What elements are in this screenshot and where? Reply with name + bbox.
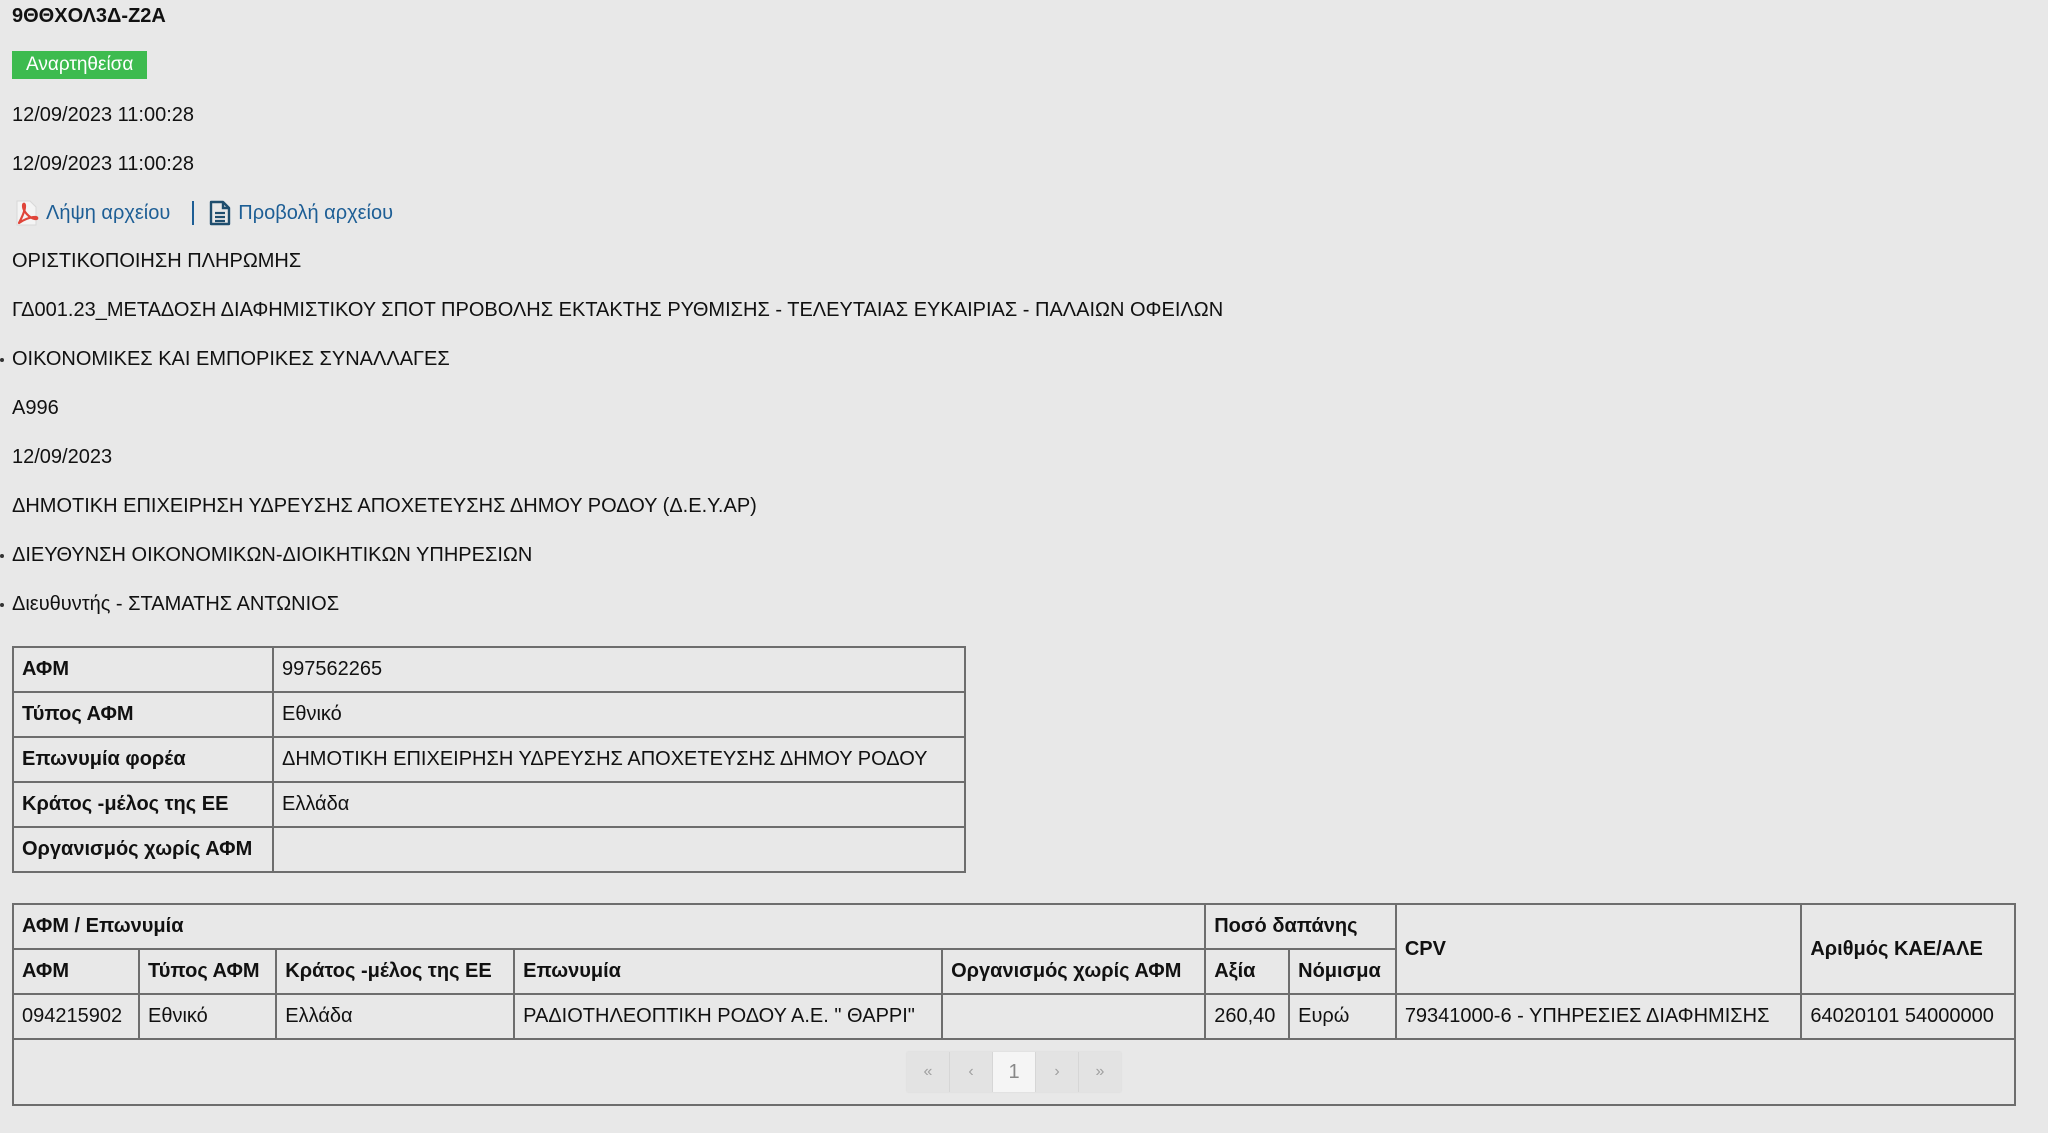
ada-code: 9ΘΘΧΟΛ3Δ-Ζ2Α bbox=[12, 4, 166, 28]
cell-no-afm-org bbox=[942, 994, 1205, 1039]
cell-value: 260,40 bbox=[1205, 994, 1289, 1039]
issuer-no-afm-org-value bbox=[273, 827, 965, 872]
pagination-cell: « ‹ 1 › » bbox=[13, 1039, 2015, 1105]
header-no-afm-org: Οργανισμός χωρίς ΑΦΜ bbox=[942, 949, 1205, 994]
issuer-table: ΑΦΜ 997562265 Τύπος ΑΦΜ Εθνικό Επωνυμία … bbox=[12, 646, 966, 873]
cell-afm-type: Εθνικό bbox=[139, 994, 276, 1039]
table-row: ΑΦΜ 997562265 bbox=[13, 647, 965, 692]
issuer-afm-label: ΑΦΜ bbox=[13, 647, 273, 692]
issuer-country-value: Ελλάδα bbox=[273, 782, 965, 827]
file-links: Λήψη αρχείου Προβολή αρχείου bbox=[12, 199, 393, 227]
header-currency: Νόμισμα bbox=[1289, 949, 1396, 994]
beneficiary-table: ΑΦΜ / Επωνυμία Ποσό δαπάνης CPV Αριθμός … bbox=[12, 903, 2016, 1106]
cell-currency: Ευρώ bbox=[1289, 994, 1396, 1039]
submission-timestamp: 12/09/2023 11:00:28 bbox=[12, 103, 194, 127]
issuer-afm-type-label: Τύπος ΑΦΜ bbox=[13, 692, 273, 737]
header-name: Επωνυμία bbox=[514, 949, 942, 994]
organization: ΔΗΜΟΤΙΚΗ ΕΠΙΧΕΙΡΗΣΗ ΥΔΡΕΥΣΗΣ ΑΠΟΧΕΤΕΥΣΗΣ… bbox=[12, 494, 757, 518]
issue-date: 12/09/2023 bbox=[12, 445, 112, 469]
organizational-unit: ΔΙΕΥΘΥΝΣΗ ΟΙΚΟΝΟΜΙΚΩΝ-ΔΙΟΙΚΗΤΙΚΩΝ ΥΠΗΡΕΣ… bbox=[12, 543, 532, 567]
current-page-button[interactable]: 1 bbox=[993, 1052, 1036, 1092]
table-row: Επωνυμία φορέα ΔΗΜΟΤΙΚΗ ΕΠΙΧΕΙΡΗΣΗ ΥΔΡΕΥ… bbox=[13, 737, 965, 782]
last-modified-timestamp: 12/09/2023 11:00:28 bbox=[12, 152, 194, 176]
header-afm-type: Τύπος ΑΦΜ bbox=[139, 949, 276, 994]
view-file-label[interactable]: Προβολή αρχείου bbox=[238, 202, 393, 225]
header-country: Κράτος -μέλος της ΕΕ bbox=[276, 949, 514, 994]
download-file-link[interactable]: Λήψη αρχείου bbox=[12, 199, 170, 227]
document-icon bbox=[208, 200, 232, 226]
header-value: Αξία bbox=[1205, 949, 1289, 994]
issuer-country-label: Κράτος -μέλος της ΕΕ bbox=[13, 782, 273, 827]
issuer-afm-value: 997562265 bbox=[273, 647, 965, 692]
cell-cpv: 79341000-6 - ΥΠΗΡΕΣΙΕΣ ΔΙΑΦΗΜΙΣΗΣ bbox=[1396, 994, 1802, 1039]
cell-name: ΡΑΔΙΟΤΗΛΕΟΠΤΙΚΗ ΡΟΔΟΥ Α.Ε. " ΘΑΡΡΙ" bbox=[514, 994, 942, 1039]
table-group-header-row: ΑΦΜ / Επωνυμία Ποσό δαπάνης CPV Αριθμός … bbox=[13, 904, 2015, 949]
issuer-no-afm-org-label: Οργανισμός χωρίς ΑΦΜ bbox=[13, 827, 273, 872]
signer: Διευθυντής - ΣΤΑΜΑΤΗΣ ΑΝΤΩΝΙΟΣ bbox=[12, 592, 339, 616]
cell-afm: 094215902 bbox=[13, 994, 139, 1039]
pagination: « ‹ 1 › » bbox=[907, 1052, 1121, 1092]
table-row: Κράτος -μέλος της ΕΕ Ελλάδα bbox=[13, 782, 965, 827]
header-afm: ΑΦΜ bbox=[13, 949, 139, 994]
next-page-button[interactable]: › bbox=[1036, 1052, 1079, 1092]
download-file-label[interactable]: Λήψη αρχείου bbox=[46, 202, 170, 225]
first-page-button[interactable]: « bbox=[907, 1052, 950, 1092]
issuer-name-label: Επωνυμία φορέα bbox=[13, 737, 273, 782]
cell-country: Ελλάδα bbox=[276, 994, 514, 1039]
view-file-link[interactable]: Προβολή αρχείου bbox=[208, 200, 393, 226]
prev-page-button[interactable]: ‹ bbox=[950, 1052, 993, 1092]
protocol-number: Α996 bbox=[12, 396, 59, 420]
issuer-name-value: ΔΗΜΟΤΙΚΗ ΕΠΙΧΕΙΡΗΣΗ ΥΔΡΕΥΣΗΣ ΑΠΟΧΕΤΕΥΣΗΣ… bbox=[273, 737, 965, 782]
header-amount-group: Ποσό δαπάνης bbox=[1205, 904, 1396, 949]
header-afm-name-group: ΑΦΜ / Επωνυμία bbox=[13, 904, 1205, 949]
issuer-afm-type-value: Εθνικό bbox=[273, 692, 965, 737]
cell-kae: 64020101 54000000 bbox=[1801, 994, 2015, 1039]
header-cpv: CPV bbox=[1396, 904, 1802, 994]
last-page-button[interactable]: » bbox=[1079, 1052, 1121, 1092]
status-badge: Αναρτηθείσα bbox=[12, 51, 147, 79]
pdf-icon bbox=[12, 199, 40, 227]
table-row: Τύπος ΑΦΜ Εθνικό bbox=[13, 692, 965, 737]
header-kae: Αριθμός ΚΑΕ/ΑΛΕ bbox=[1801, 904, 2015, 994]
table-row: Οργανισμός χωρίς ΑΦΜ bbox=[13, 827, 965, 872]
decision-subject: ΓΔ001.23_ΜΕΤΑΔΟΣΗ ΔΙΑΦΗΜΙΣΤΙΚΟΥ ΣΠΟΤ ΠΡΟ… bbox=[12, 298, 1223, 322]
decision-type: ΟΡΙΣΤΙΚΟΠΟΙΗΣΗ ΠΛΗΡΩΜΗΣ bbox=[12, 249, 301, 273]
pagination-row: « ‹ 1 › » bbox=[13, 1039, 2015, 1105]
table-row: 094215902 Εθνικό Ελλάδα ΡΑΔΙΟΤΗΛΕΟΠΤΙΚΗ … bbox=[13, 994, 2015, 1039]
link-separator bbox=[192, 201, 194, 225]
thematic-category: ΟΙΚΟΝΟΜΙΚΕΣ ΚΑΙ ΕΜΠΟΡΙΚΕΣ ΣΥΝΑΛΛΑΓΕΣ bbox=[12, 347, 450, 371]
